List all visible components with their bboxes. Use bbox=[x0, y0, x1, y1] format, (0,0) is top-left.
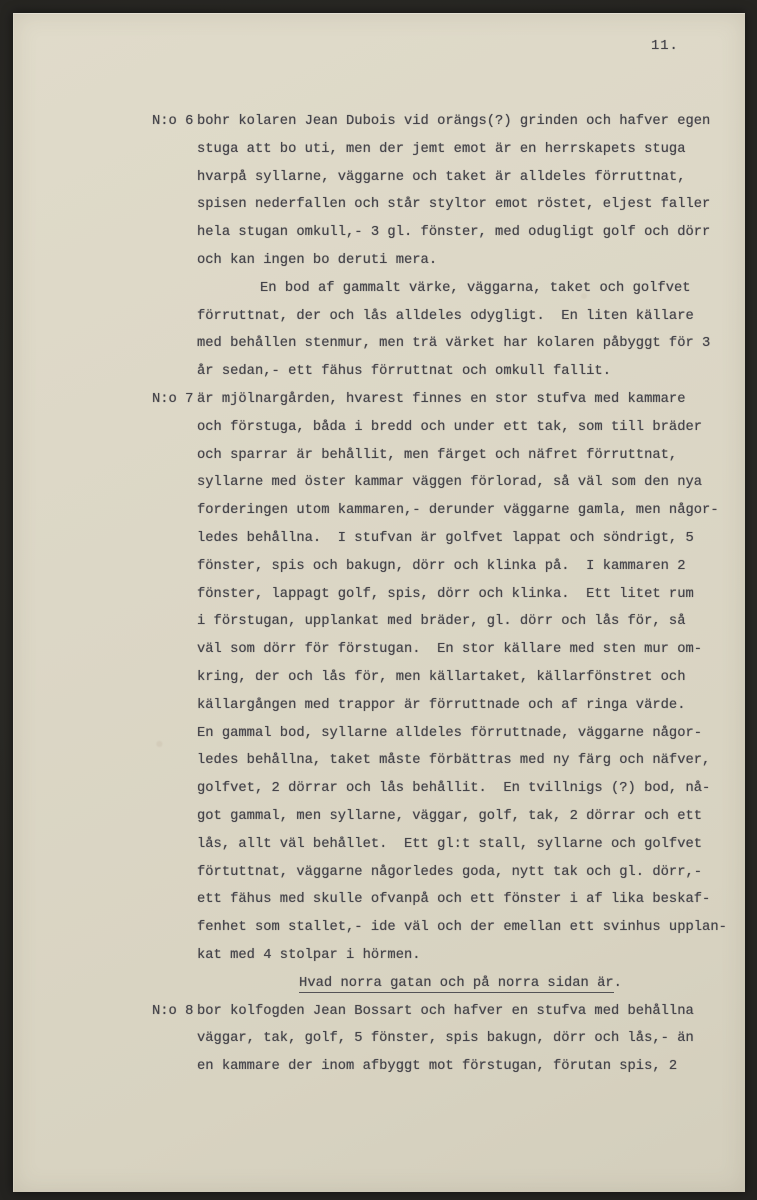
text-line: väl som dörr för förstugan. En stor käll… bbox=[197, 636, 724, 664]
text-line: i förstugan, upplankat med bräder, gl. d… bbox=[197, 608, 724, 636]
text-line: En gammal bod, syllarne alldeles förrutt… bbox=[197, 720, 724, 748]
text-line: förruttnat, der och lås alldeles odyglig… bbox=[197, 303, 724, 331]
document-page: 11. N:o 6 bohr kolaren Jean Dubois vid o… bbox=[13, 13, 745, 1192]
paragraph: N:o 7 är mjölnargården, hvarest finnes e… bbox=[152, 386, 724, 970]
text-line: hvarpå syllarne, väggarne och taket är a… bbox=[197, 164, 724, 192]
paragraph: N:o 8 bor kolfogden Jean Bossart och haf… bbox=[152, 998, 724, 1081]
text-line: fönster, spis och bakugn, dörr och klink… bbox=[197, 553, 724, 581]
paragraph-label: N:o 8 bbox=[152, 998, 193, 1026]
text-line: ledes behållna, taket måste förbättras m… bbox=[197, 747, 724, 775]
page-number: 11. bbox=[651, 39, 679, 54]
text-line: med behållen stenmur, men trä värket har… bbox=[197, 330, 724, 358]
section-heading: Hvad norra gatan och på norra sidan är. bbox=[197, 970, 724, 998]
text-line: är mjölnargården, hvarest finnes en stor… bbox=[197, 386, 724, 414]
text-line: lås, allt väl behållet. Ett gl:t stall, … bbox=[197, 831, 724, 859]
text-line: källargången med trappor är förruttnade … bbox=[197, 692, 724, 720]
text-line: forderingen utom kammaren,- derunder väg… bbox=[197, 497, 724, 525]
text-line: hela stugan omkull,- 3 gl. fönster, med … bbox=[197, 219, 724, 247]
text-line: kring, der och lås för, men källartaket,… bbox=[197, 664, 724, 692]
paragraph-label: N:o 6 bbox=[152, 108, 193, 136]
text-line: år sedan,- ett fähus förruttnat och omku… bbox=[197, 358, 724, 386]
text-line: kat med 4 stolpar i hörmen. bbox=[197, 942, 724, 970]
section-heading-text: Hvad norra gatan och på norra sidan är bbox=[299, 976, 614, 994]
paragraph-label: N:o 7 bbox=[152, 386, 193, 414]
text-line: och kan ingen bo deruti mera. bbox=[197, 247, 724, 275]
section-heading-period: . bbox=[614, 976, 622, 991]
text-line: got gammal, men syllarne, väggar, golf, … bbox=[197, 803, 724, 831]
paragraph: N:o 6 bohr kolaren Jean Dubois vid oräng… bbox=[152, 108, 724, 275]
text-line: ett fähus med skulle ofvanpå och ett fön… bbox=[197, 886, 724, 914]
text-line: syllarne med öster kammar väggen förlora… bbox=[197, 469, 724, 497]
text-line: ledes behållna. I stufvan är golfvet lap… bbox=[197, 525, 724, 553]
text-line: och förstuga, båda i bredd och under ett… bbox=[197, 414, 724, 442]
text-line: fenhet som stallet,- ide väl och der eme… bbox=[197, 914, 724, 942]
text-line: golfvet, 2 dörrar och lås behållit. En t… bbox=[197, 775, 724, 803]
text-line: en kammare der inom afbyggt mot förstuga… bbox=[197, 1053, 724, 1081]
text-line: väggar, tak, golf, 5 fönster, spis bakug… bbox=[197, 1025, 724, 1053]
text-line: spisen nederfallen och står styltor emot… bbox=[197, 191, 724, 219]
text-line: fönster, lappagt golf, spis, dörr och kl… bbox=[197, 581, 724, 609]
document-text-block: N:o 6 bohr kolaren Jean Dubois vid oräng… bbox=[152, 108, 724, 1081]
text-line: bohr kolaren Jean Dubois vid orängs(?) g… bbox=[197, 108, 724, 136]
section-heading-row: Hvad norra gatan och på norra sidan är. bbox=[152, 970, 724, 998]
text-line: förtuttnat, väggarne någorledes goda, ny… bbox=[197, 859, 724, 887]
text-line: stuga att bo uti, men der jemt emot är e… bbox=[197, 136, 724, 164]
text-line: En bod af gammalt värke, väggarna, taket… bbox=[197, 275, 724, 303]
text-line: och sparrar är behållit, men färget och … bbox=[197, 442, 724, 470]
paragraph: En bod af gammalt värke, väggarna, taket… bbox=[152, 275, 724, 386]
scan-background: { "page": { "number_label": "11.", "back… bbox=[0, 0, 757, 1200]
text-line: bor kolfogden Jean Bossart och hafver en… bbox=[197, 998, 724, 1026]
